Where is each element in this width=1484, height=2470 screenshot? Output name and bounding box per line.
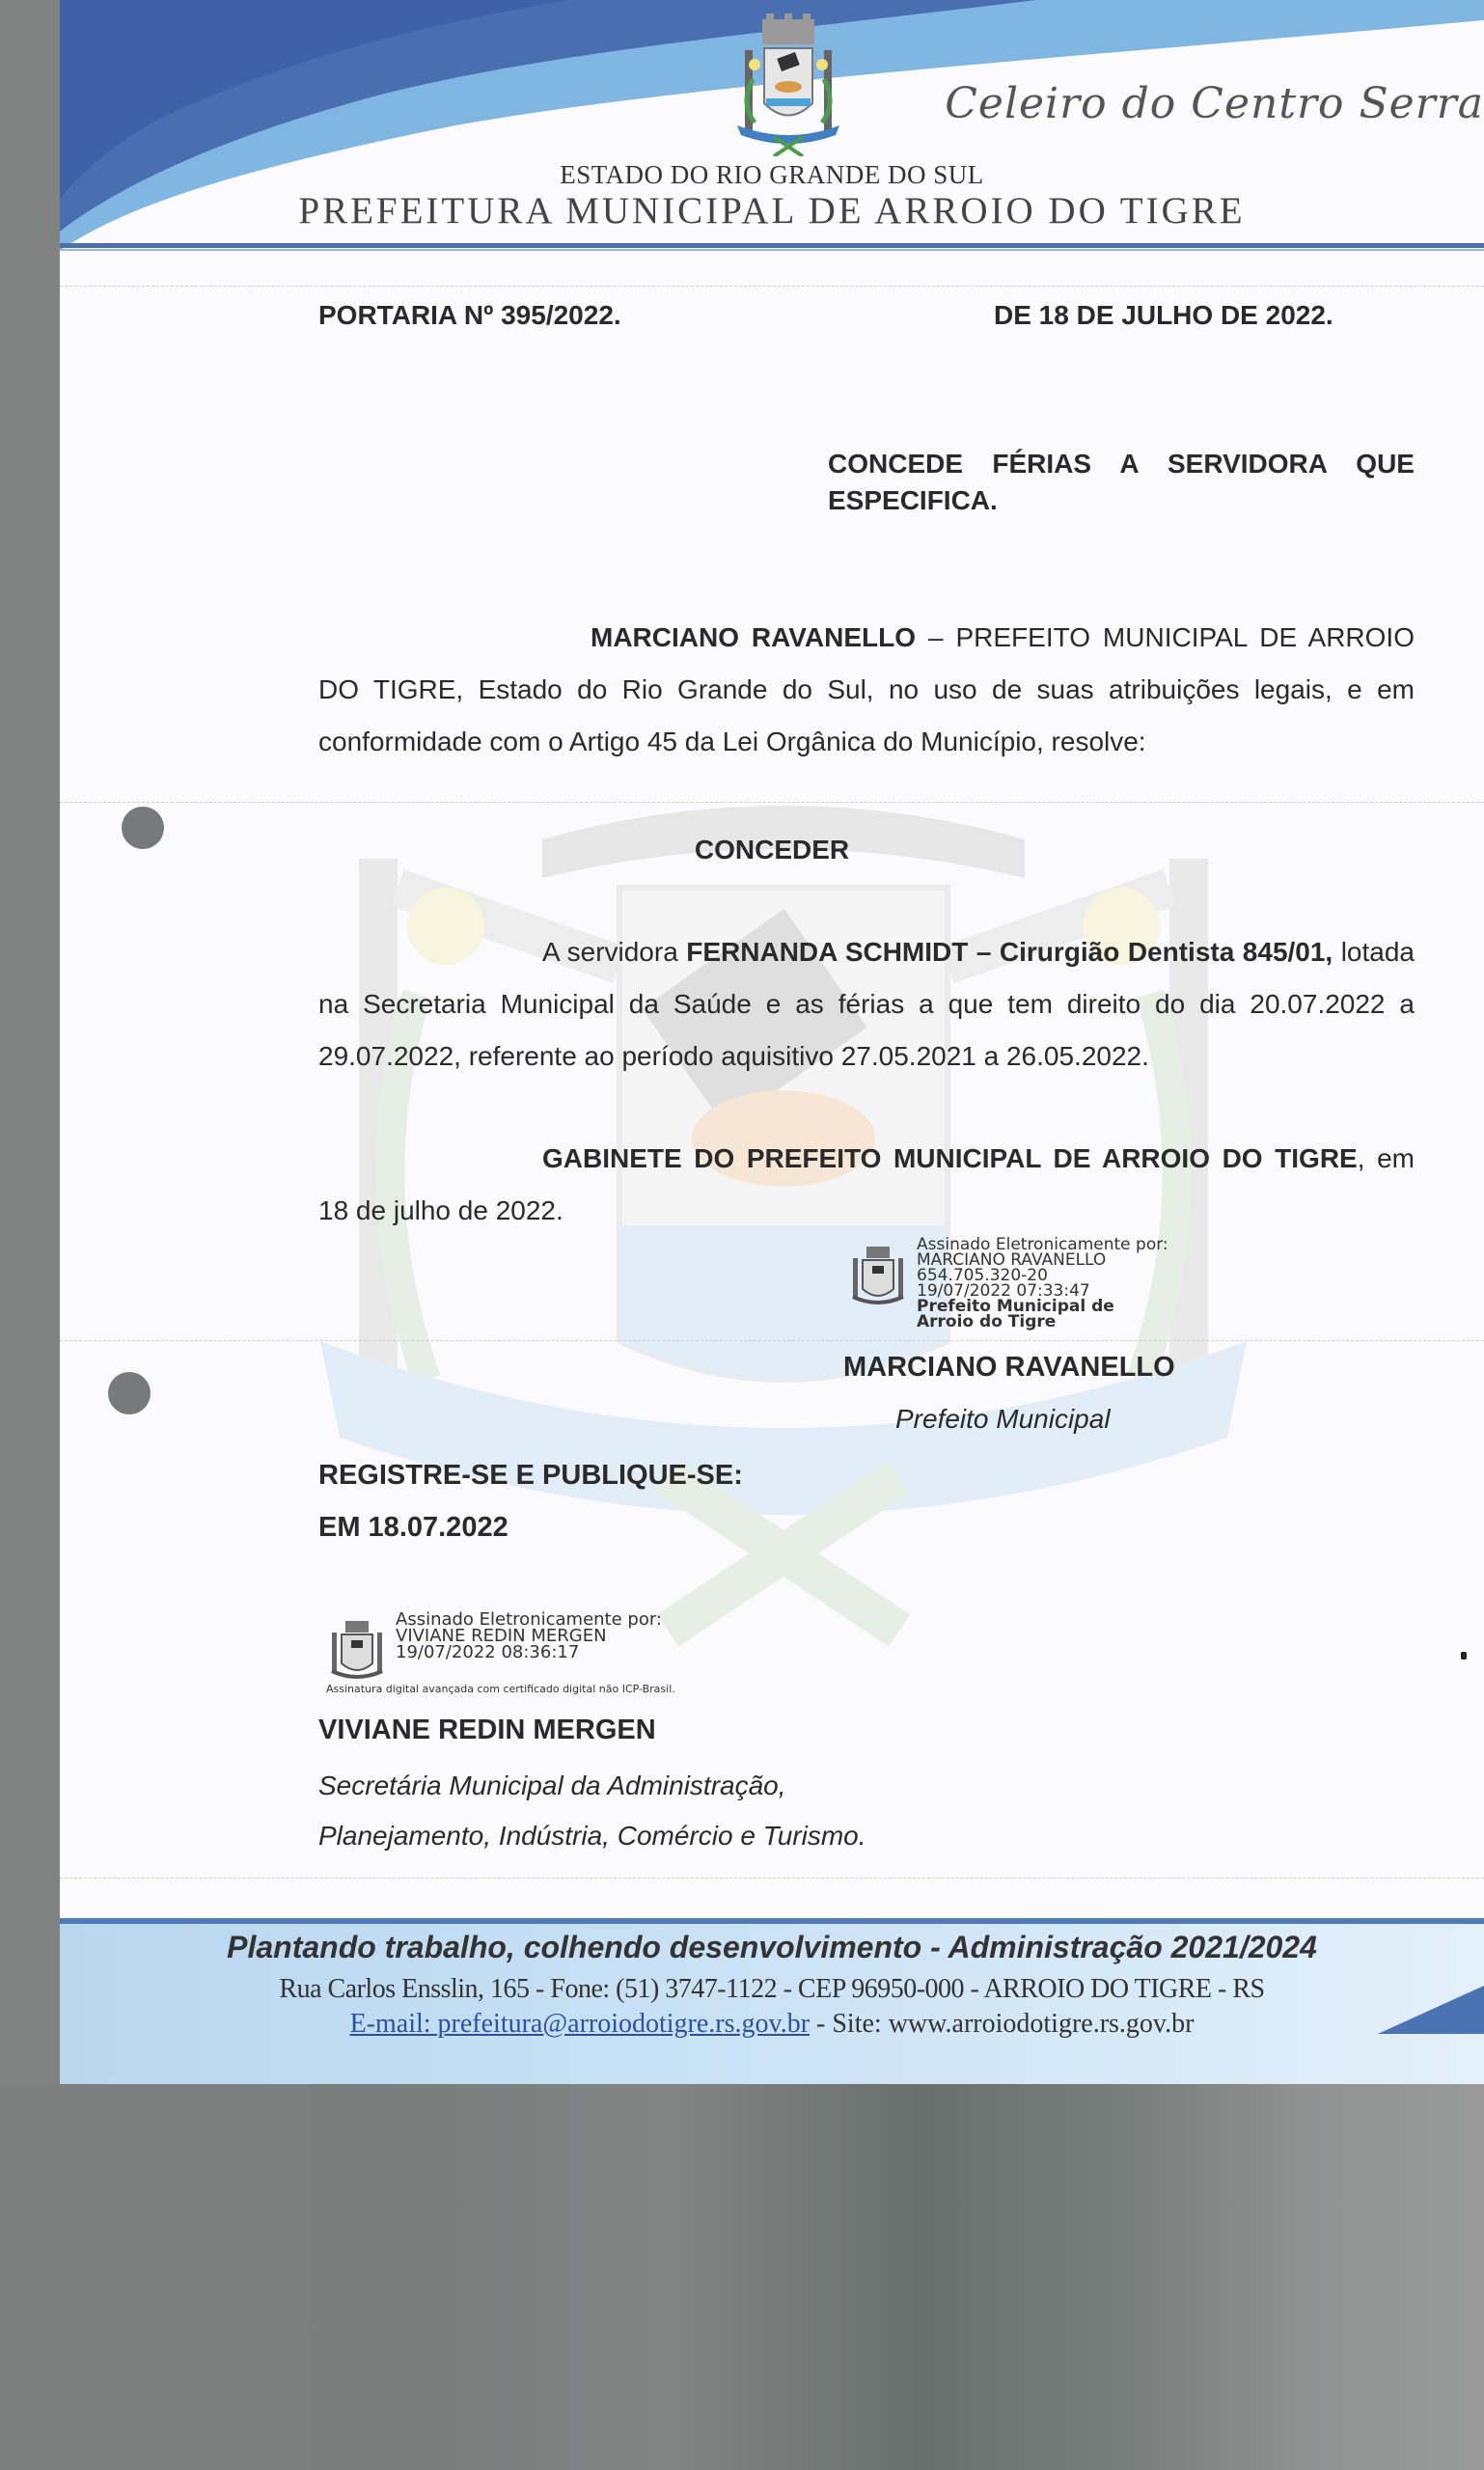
letterhead-footer: Plantando trabalho, colhendo desenvolvim… <box>60 1918 1484 2084</box>
secretary-role-line1: Secretária Municipal da Administração, <box>318 1760 786 1812</box>
register-instruction: REGISTRE-SE E PUBLIQUE-SE: <box>318 1449 743 1501</box>
municipality-name: PREFEITURA MUNICIPAL DE ARROIO DO TIGRE <box>60 189 1484 233</box>
employee-name: FERNANDA SCHMIDT – Cirurgião Dentista 84… <box>686 937 1333 967</box>
scan-speck <box>1461 1652 1467 1660</box>
seal-icon <box>328 1619 386 1683</box>
site-text: - Site: www.arroiodotigre.rs.gov.br <box>810 2009 1194 2039</box>
document-page: Celeiro do Centro Serra ESTADO DO RIO GR… <box>60 0 1484 2084</box>
grant-lead: A servidora <box>542 937 686 967</box>
coat-of-arms-icon <box>726 12 851 156</box>
state-name: ESTADO DO RIO GRANDE DO SUL <box>60 160 1484 190</box>
municipal-motto: Celeiro do Centro Serra <box>945 79 1484 128</box>
fold-line <box>60 802 1484 804</box>
closing-paragraph: GABINETE DO PREFEITO MUNICIPAL DE ARROIO… <box>318 1133 1415 1237</box>
office-name: GABINETE DO PREFEITO MUNICIPAL DE ARROIO… <box>542 1143 1358 1173</box>
secretary-electronic-signature: Assinado Eletronicamente por: VIVIANE RE… <box>328 1611 662 1683</box>
contact-line: E-mail: prefeitura@arroiodotigre.rs.gov.… <box>60 2009 1484 2040</box>
signature-certificate-note: Assinatura digital avançada com certific… <box>326 1683 731 1695</box>
mayor-electronic-signature: Assinado Eletronicamente por: MARCIANO R… <box>849 1237 1168 1330</box>
mayor-signatory-role: Prefeito Municipal <box>895 1393 1111 1445</box>
seal-icon <box>849 1245 907 1308</box>
address-line: Rua Carlos Ensslin, 165 - Fone: (51) 374… <box>60 1974 1484 2005</box>
preamble-paragraph: MARCIANO RAVANELLO – PREFEITO MUNICIPAL … <box>318 612 1415 768</box>
register-date: EM 18.07.2022 <box>318 1501 508 1553</box>
grant-paragraph: A servidora FERNANDA SCHMIDT – Cirurgião… <box>318 926 1415 1083</box>
fold-line <box>60 1878 1484 1880</box>
secretary-signatory-name: VIVIANE REDIN MERGEN <box>318 1704 656 1756</box>
fold-line <box>60 286 1484 288</box>
scanner-background <box>0 0 60 2084</box>
stamp-line: 19/07/2022 08:36:17 <box>396 1644 662 1660</box>
punch-hole <box>108 1372 151 1414</box>
email-link[interactable]: E-mail: prefeitura@arroiodotigre.rs.gov.… <box>350 2009 810 2039</box>
ordinance-date: DE 18 DE JULHO DE 2022. <box>994 289 1333 342</box>
administration-slogan: Plantando trabalho, colhendo desenvolvim… <box>60 1930 1484 1965</box>
stamp-line: Arroio do Tigre <box>917 1314 1168 1330</box>
ordinance-number: PORTARIA Nº 395/2022. <box>318 289 621 342</box>
mayor-signatory-name: MARCIANO RAVANELLO <box>843 1341 1175 1393</box>
ordinance-summary: CONCEDE FÉRIAS A SERVIDORA QUE ESPECIFIC… <box>828 446 1415 519</box>
footer-divider <box>60 1918 1484 1924</box>
mayor-name-inline: MARCIANO RAVANELLO <box>591 622 916 652</box>
action-heading: CONCEDER <box>60 824 1484 876</box>
secretary-role-line2: Planejamento, Indústria, Comércio e Turi… <box>318 1810 866 1862</box>
fold-line <box>60 1340 1484 1342</box>
header-divider <box>60 243 1484 248</box>
header-divider-light <box>60 249 1484 251</box>
